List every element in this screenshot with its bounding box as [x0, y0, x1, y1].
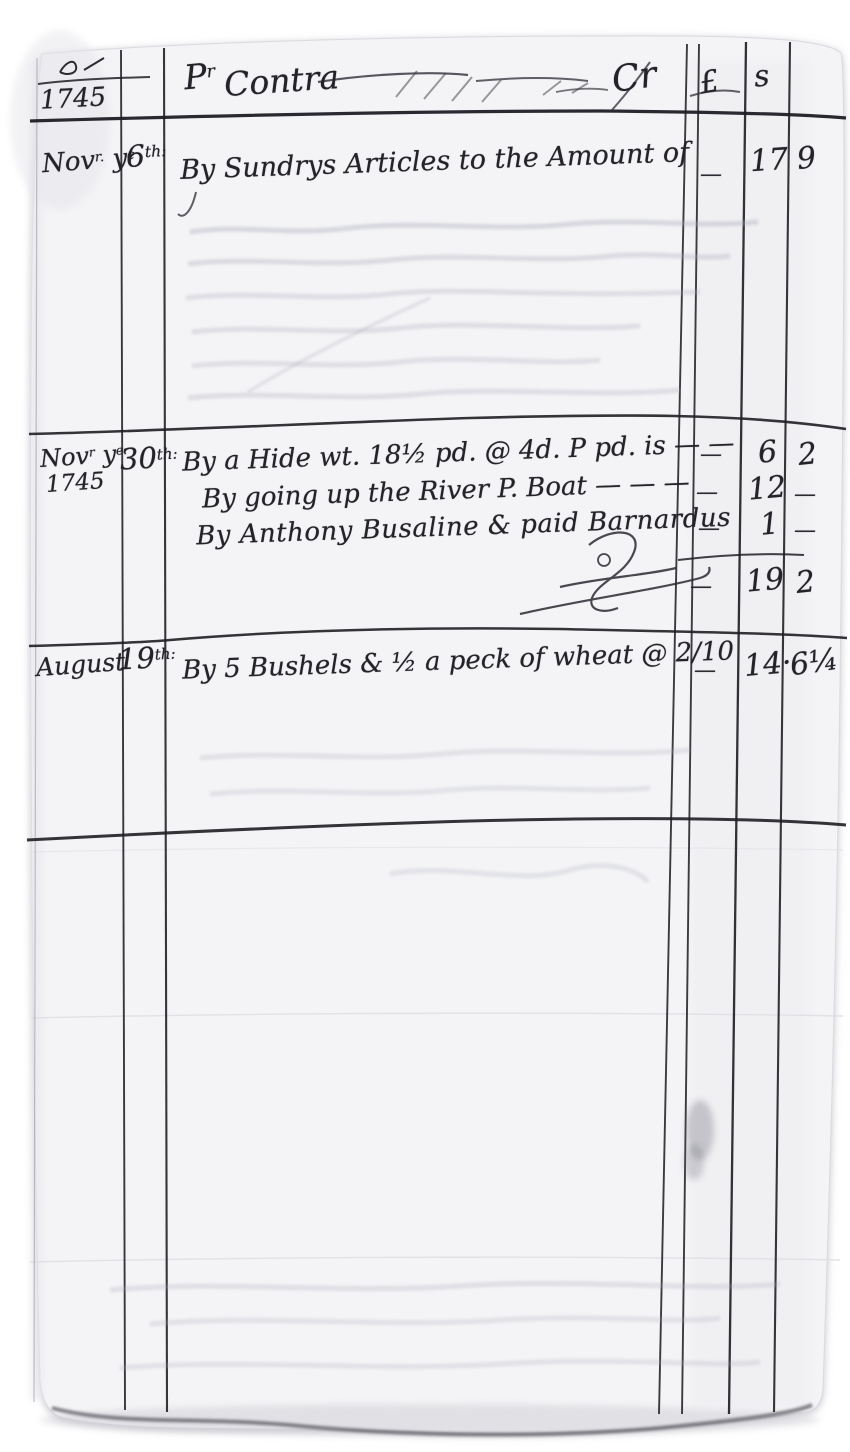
entry3-day: 19th:: [117, 643, 176, 675]
header-shilling-symbol: s: [752, 61, 770, 92]
entry1-pound: —: [700, 164, 722, 186]
entry2-line2-shilling: 12: [747, 472, 788, 505]
per-mark-sup: r: [206, 62, 216, 83]
entry1-day: 6th:: [125, 141, 167, 173]
per-mark: P: [182, 56, 208, 98]
entry2-line3-pence: —: [794, 520, 816, 542]
entry2-line2-pence: —: [794, 484, 816, 506]
scanned-ledger-page: 1745 Pr Contra Cr £ s Novr. ye 6th: By S…: [0, 0, 850, 1452]
entry2-date-year: 1745: [45, 470, 105, 497]
entry2-line1-shilling: 6: [757, 437, 779, 469]
entry2-line3-pound: —: [698, 518, 720, 540]
entry3-pence: 6¼: [788, 645, 840, 681]
entry2-line1-pound: —: [700, 444, 722, 466]
entry2-day: 30th:: [119, 443, 178, 475]
entry1-shilling: 17: [749, 145, 789, 178]
entry3-date: August: [35, 649, 126, 680]
entry2-date: Novr ye:: [39, 441, 128, 471]
entry3-shilling: 14·: [743, 648, 793, 682]
entry2-total-pound: —: [690, 576, 712, 598]
entry2-line1-pence: 2: [796, 439, 818, 471]
entry2-line2-pound: —: [696, 482, 718, 504]
paper-sheet: [10, 30, 844, 1436]
entry1-date: Novr. ye: [41, 145, 136, 177]
header-credit-abbr: Cr: [610, 57, 659, 99]
entry3-pound: —: [694, 660, 716, 682]
entry2-total-shilling: 19: [745, 564, 786, 597]
entry2-line3-shilling: 1: [759, 509, 781, 541]
ledger-paper-artwork: [0, 0, 850, 1452]
entry2-total-pence: 2: [794, 567, 816, 599]
entry1-pence: 9: [795, 143, 817, 175]
header-title: Contra: [223, 60, 340, 101]
header-title-prefix: Pr: [183, 59, 217, 96]
header-year: 1745: [39, 84, 106, 113]
